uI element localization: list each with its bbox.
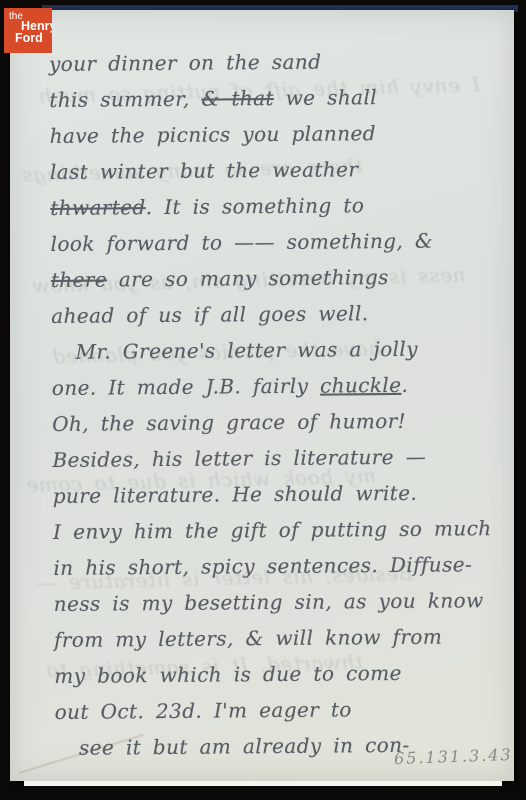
letter-line: I envy him the gift of putting so much	[53, 510, 503, 550]
letter-line: ahead of us if all goes well.	[51, 294, 501, 334]
letter-line: from my letters, & will know from	[54, 618, 504, 658]
letter-line: your dinner on the sand	[49, 42, 499, 82]
page-edge-sliver	[24, 781, 502, 786]
letter-line: Oh, the saving grace of humor!	[52, 402, 502, 442]
letter-line: have the picnics you planned	[49, 114, 499, 154]
logo-word-ford: Ford	[15, 32, 52, 44]
letter-line: Mr. Greene's letter was a jolly	[51, 330, 501, 370]
scanned-letter-screen: I envy him the gift of putting so muchth…	[0, 0, 526, 800]
letter-line: last winter but the weather	[50, 150, 500, 190]
letter-line: Besides, his letter is literature —	[52, 438, 502, 478]
letter-line: out Oct. 23d. I'm eager to	[55, 690, 505, 730]
letter-line: pure literature. He should write.	[53, 474, 503, 514]
letter-line: look forward to —— something, &	[50, 222, 500, 262]
letter-body: your dinner on the sandthis summer, & th…	[49, 42, 505, 766]
letter-line: ness is my besetting sin, as you know	[54, 582, 504, 622]
letter-line: this summer, & that we shall	[49, 78, 499, 118]
letter-line: in his short, spicy sentences. Diffuse-	[53, 546, 503, 586]
letter-line: thwarted. It is something to	[50, 186, 500, 226]
henry-ford-logo: the Henry Ford	[4, 8, 52, 53]
letter-line: my book which is due to come	[54, 654, 504, 694]
letter-line: one. It made J.B. fairly chuckle.	[52, 366, 502, 406]
letter-line: there are so many somethings	[51, 258, 501, 298]
